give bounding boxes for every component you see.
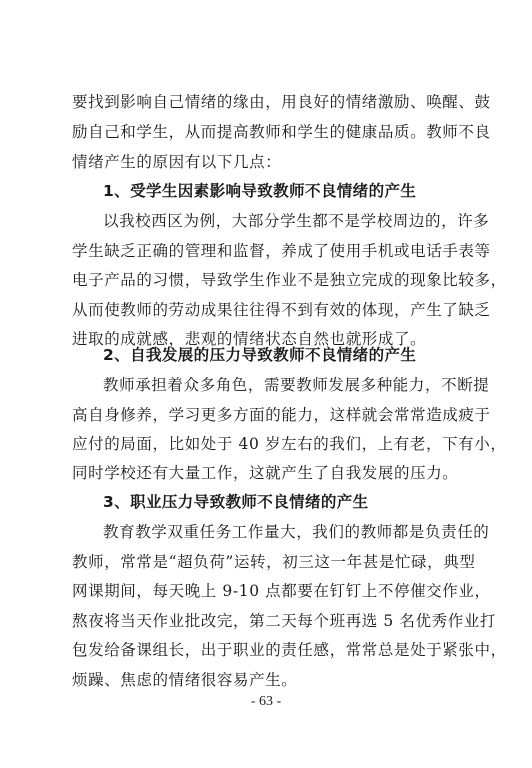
paragraph-line: 熬夜将当天作业批改完，第二天每个班再选 5 名优秀作业打: [72, 611, 472, 631]
paragraph-line: 从而使教师的劳动成果往往得不到有效的体现，产生了缺乏: [72, 300, 472, 320]
section-heading-3: 3、职业压力导致教师不良情绪的产生: [103, 492, 369, 512]
paragraph-line: 同时学校还有大量工作，这就产生了自我发展的压力。: [72, 463, 472, 483]
paragraph-line: 烦躁、焦虑的情绪很容易产生。: [72, 670, 472, 690]
paragraph-line: 学生缺乏正确的管理和监督，养成了使用手机或电话手表等: [72, 241, 472, 261]
page-number: - 63 -: [0, 694, 532, 710]
paragraph-line: 包发给备课组长，出于职业的责任感，常常总是处于紧张中，: [72, 640, 472, 660]
paragraph-line: 教育教学双重任务工作量大，我们的教师都是负责任的: [103, 522, 472, 542]
paragraph-line: 以我校西区为例，大部分学生都不是学校周边的，许多: [103, 211, 472, 231]
section-heading-2: 2、自我发展的压力导致教师不良情绪的产生: [103, 345, 416, 365]
paragraph-line: 高自身修养，学习更多方面的能力，这样就会常常造成疲于: [72, 405, 472, 425]
paragraph-line: 网课期间，每天晚上 9-10 点都要在钉钉上不停催交作业，: [72, 581, 472, 601]
document-page: 要找到影响自己情绪的缘由，用良好的情绪激励、唤醒、鼓 励自己和学生，从而提高教师…: [0, 0, 532, 768]
paragraph-line: 教师，常常是“超负荷”运转，初三这一年甚是忙碌，典型: [72, 552, 472, 572]
section-heading-1: 1、受学生因素影响导致教师不良情绪的产生: [103, 181, 416, 201]
paragraph-line: 应付的局面，比如处于 40 岁左右的我们，上有老，下有小，: [72, 434, 472, 454]
paragraph-line: 励自己和学生，从而提高教师和学生的健康品质。教师不良: [72, 122, 472, 142]
paragraph-line: 电子产品的习惯，导致学生作业不是独立完成的现象比较多，: [72, 270, 472, 290]
paragraph-line: 情绪产生的原因有以下几点：: [72, 152, 472, 172]
paragraph-line: 教师承担着众多角色，需要教师发展多种能力，不断提: [103, 375, 472, 395]
paragraph-line: 要找到影响自己情绪的缘由，用良好的情绪激励、唤醒、鼓: [72, 92, 472, 112]
